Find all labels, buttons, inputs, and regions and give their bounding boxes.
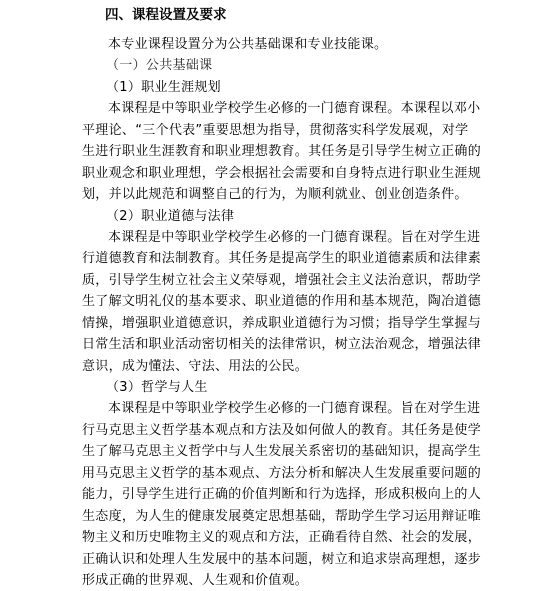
paragraph-line: 能力，引导学生进行正确的价值判断和行为选择，形成积极向上的人: [82, 484, 470, 505]
paragraph-line: 物主义和历史唯物主义的观点和方法，正确看待自然、社会的发展，: [82, 527, 470, 548]
paragraph-line: 生了解文明礼仪的基本要求、职业道德的作用和基本规范，陶冶道德: [82, 291, 470, 312]
paragraph-line: 生了解马克思主义哲学中与人生发展关系密切的基础知识，提高学生: [82, 441, 470, 462]
course-heading-career-planning: （1）职业生涯规划: [82, 77, 470, 98]
paragraph-line: 生进行职业生涯教育和职业理想教育。其任务是引导学生树立正确的: [82, 141, 470, 162]
course-paragraph-career-planning: 本课程是中等职业学校学生必修的一门德育课程。本课程以邓小 平理论、“三个代表”重…: [82, 98, 470, 205]
course-paragraph-philosophy-and-life: 本课程是中等职业学校学生必修的一门德育课程。旨在对学生进 行马克思主义哲学基本观…: [82, 398, 470, 591]
paragraph-line: 生态度，为人生的健康发展奠定思想基础，帮助学生学习运用辩证唯: [82, 506, 470, 527]
course-paragraph-ethics-and-law: 本课程是中等职业学校学生必修的一门德育课程。旨在对学生进 行道德教育和法制教育。…: [82, 227, 470, 377]
paragraph-line: 职业观念和职业理想，学会根据社会需要和自身特点进行职业生涯规: [82, 163, 470, 184]
section-title: 四、课程设置及要求: [105, 5, 227, 25]
intro-paragraph: 本专业课程设置分为公共基础课和专业技能课。: [82, 34, 470, 55]
group-heading-public-basic: （一）公共基础课: [82, 55, 470, 76]
paragraph-line: 行道德教育和法制教育。其任务是提高学生的职业道德素质和法律素: [82, 248, 470, 269]
paragraph-line: 本课程是中等职业学校学生必修的一门德育课程。旨在对学生进: [82, 227, 470, 248]
paragraph-line: 质，引导学生树立社会主义荣辱观，增强社会主义法治意识，帮助学: [82, 270, 470, 291]
paragraph-line: 本课程是中等职业学校学生必修的一门德育课程。旨在对学生进: [82, 398, 470, 419]
paragraph-line: 形成正确的世界观、人生观和价值观。: [82, 570, 470, 591]
paragraph-line: 本课程是中等职业学校学生必修的一门德育课程。本课程以邓小: [82, 98, 470, 119]
paragraph-line: 平理论、“三个代表”重要思想为指导，贯彻落实科学发展观，对学: [82, 120, 470, 141]
paragraph-line: 正确认识和处理人生发展中的基本问题，树立和追求崇高理想，逐步: [82, 549, 470, 570]
course-heading-ethics-and-law: （2）职业道德与法律: [82, 206, 470, 227]
section-body: 本专业课程设置分为公共基础课和专业技能课。 （一）公共基础课 （1）职业生涯规划…: [82, 34, 470, 591]
paragraph-line: 用马克思主义哲学的基本观点、方法分析和解决人生发展重要问题的: [82, 463, 470, 484]
paragraph-line: 情操，增强职业道德意识，养成职业道德行为习惯；指导学生掌握与: [82, 313, 470, 334]
paragraph-line: 日常生活和职业活动密切相关的法律常识，树立法治观念，增强法律: [82, 334, 470, 355]
course-heading-philosophy-and-life: （3）哲学与人生: [82, 377, 470, 398]
paragraph-line: 划，并以此规范和调整自己的行为，为顺利就业、创业创造条件。: [82, 184, 470, 205]
paragraph-line: 行马克思主义哲学基本观点和方法及如何做人的教育。其任务是使学: [82, 420, 470, 441]
paragraph-line: 意识，成为懂法、守法、用法的公民。: [82, 356, 470, 377]
